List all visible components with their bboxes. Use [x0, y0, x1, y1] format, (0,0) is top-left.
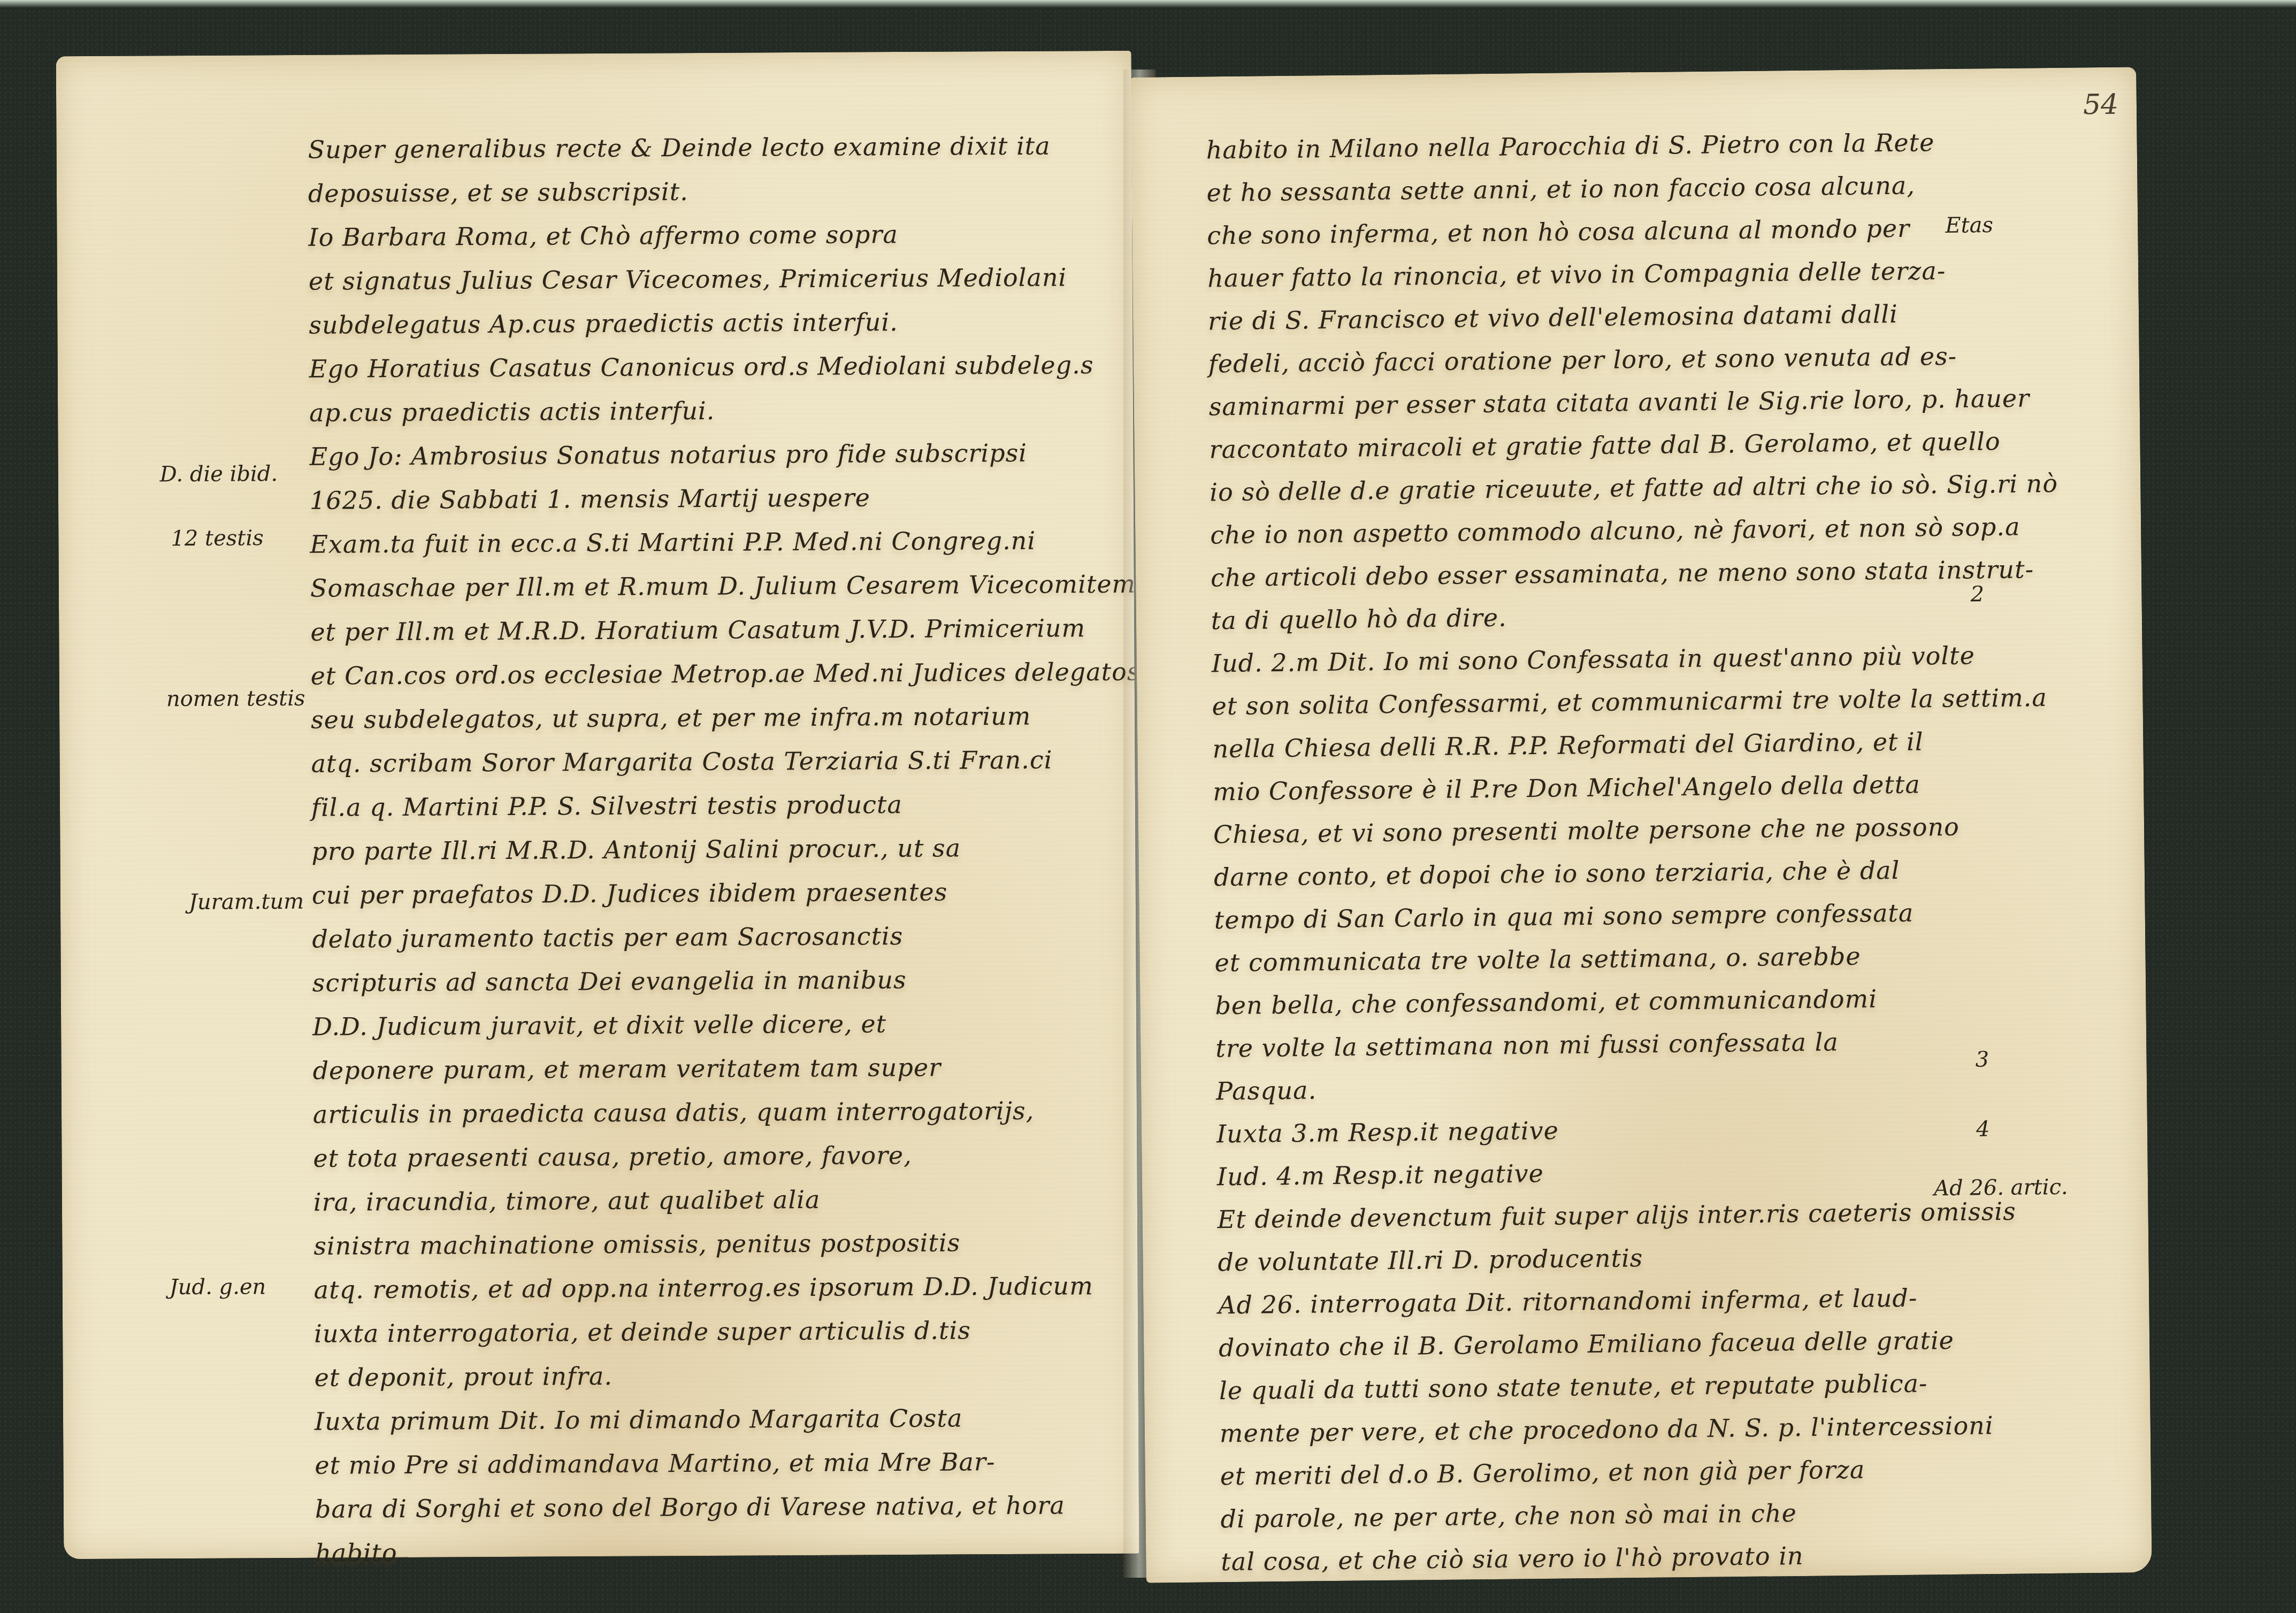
manuscript-line: de voluntate Ill.ri D. producentis — [1218, 1243, 1643, 1277]
manuscript-line: tal cosa, et che ciò sia vero io l'hò pr… — [1221, 1541, 1804, 1576]
manuscript-line: seu subdelegatos, ut supra, et per me in… — [311, 702, 1031, 734]
manuscript-line: Io Barbara Roma, et Chò affermo come sop… — [308, 220, 898, 252]
manuscript-line: cui per praefatos D.D. Judices ibidem pr… — [312, 878, 948, 910]
manuscript-line: Ego Jo: Ambrosius Sonatus notarius pro f… — [309, 439, 1027, 471]
manuscript-line: Iud. 2.m Dit. Io mi sono Confessata in q… — [1212, 641, 1976, 678]
margin-note: Jud. g.en — [170, 1274, 266, 1300]
margin-note: 2 — [1970, 582, 1984, 606]
manuscript-line: habito — [315, 1538, 397, 1568]
manuscript-line: raccontato miracoli et gratie fatte dal … — [1209, 427, 2001, 464]
manuscript-line: et per Ill.m et M.R.D. Horatium Casatum … — [310, 613, 1085, 647]
manuscript-line: ap.cus praedictis actis interfui. — [309, 396, 715, 427]
manuscript-line: deposuisse, et se subscripsit. — [308, 177, 688, 208]
manuscript-line: 1625. die Sabbati 1. mensis Martij uespe… — [310, 483, 870, 514]
manuscript-line: rie di S. Francisco et vivo dell'elemosi… — [1208, 299, 1898, 336]
manuscript-line: ira, iracundia, timore, aut qualibet ali… — [313, 1185, 821, 1217]
manuscript-line: mio Confessore è il P.re Don Michel'Ange… — [1213, 770, 1920, 806]
manuscript-line: et Can.cos ord.os ecclesiae Metrop.ae Me… — [311, 657, 1141, 690]
manuscript-line: Iuxta 3.m Resp.it negative — [1216, 1116, 1559, 1149]
manuscript-line: Super generalibus recte & Deinde lecto e… — [308, 132, 1050, 164]
manuscript-line: Iud. 4.m Resp.it negative — [1217, 1159, 1544, 1191]
manuscript-line: fedeli, acciò facci oratione per loro, e… — [1208, 342, 1957, 379]
manuscript-line: Ad 26. interrogata Dit. ritornandomi inf… — [1218, 1284, 1918, 1320]
manuscript-line: che io non aspetto commodo alcuno, nè fa… — [1210, 512, 2021, 550]
margin-note: 4 — [1976, 1117, 1990, 1141]
margin-note: Ad 26. artic. — [1934, 1175, 2068, 1201]
right-page: 54 habito in Milano nella Parocchia di S… — [1130, 67, 2152, 1583]
manuscript-line: Ego Horatius Casatus Canonicus ord.s Med… — [309, 350, 1094, 383]
manuscript-line: che articoli debo esser essaminata, ne m… — [1211, 555, 2034, 592]
manuscript-line: mente per vere, et che procedono da N. S… — [1220, 1411, 1994, 1448]
manuscript-line: darne conto, et dopoi che io sono terzia… — [1214, 856, 1900, 892]
manuscript-line: Pasqua. — [1216, 1076, 1317, 1105]
manuscript-line: sinistra machinatione omissis, penitus p… — [313, 1228, 960, 1260]
manuscript-line: deponere puram, et meram veritatem tam s… — [312, 1053, 941, 1085]
manuscript-line: et son solita Confessarmi, et communicar… — [1212, 683, 2047, 720]
manuscript-line: io sò delle d.e gratie riceuute, et fatt… — [1210, 469, 2058, 507]
manuscript-line: atq. remotis, et ad opp.na interrog.es i… — [314, 1271, 1093, 1304]
manuscript-line: Et deinde devenctum fuit super alijs int… — [1217, 1197, 2016, 1234]
manuscript-line: ta di quello hò da dire. — [1211, 603, 1507, 635]
manuscript-line: et ho sessanta sette anni, et io non fac… — [1206, 171, 1915, 208]
manuscript-line: tempo di San Carlo in qua mi sono sempre… — [1214, 898, 1914, 935]
manuscript-line: pro parte Ill.ri M.R.D. Antonij Salini p… — [311, 833, 961, 865]
manuscript-line: et tota praesenti causa, pretio, amore, … — [313, 1141, 912, 1173]
manuscript-line: hauer fatto la rinoncia, et vivo in Comp… — [1207, 256, 1946, 293]
manuscript-line: Exam.ta fuit in ecc.a S.ti Martini P.P. … — [310, 526, 1036, 559]
scan-top-strip — [0, 0, 2296, 7]
manuscript-line: tre volte la settimana non mi fussi conf… — [1215, 1027, 1839, 1063]
manuscript-line: Somaschae per Ill.m et R.mum D. Julium C… — [310, 570, 1136, 603]
manuscript-line: fil.a q. Martini P.P. S. Silvestri testi… — [311, 790, 902, 822]
manuscript-line: Iuxta primum Dit. Io mi dimando Margarit… — [315, 1403, 963, 1435]
manuscript-line: bara di Sorghi et sono del Borgo di Vare… — [315, 1491, 1065, 1523]
margin-note: 3 — [1975, 1047, 1989, 1072]
manuscript-line: delato juramento tactis per eam Sacrosan… — [312, 921, 903, 954]
folio-number: 54 — [2083, 89, 2119, 121]
margin-note: Etas — [1945, 213, 1993, 238]
manuscript-line: iuxta interrogatoria, et deinde super ar… — [314, 1316, 971, 1348]
manuscript-line: ben bella, che confessandomi, et communi… — [1215, 984, 1877, 1020]
margin-note: nomen testis — [166, 686, 305, 711]
left-page: Super generalibus recte & Deinde lecto e… — [56, 51, 1139, 1559]
manuscript-line: articulis in praedicta causa datis, quam… — [313, 1096, 1034, 1129]
manuscript-line: et signatus Julius Cesar Vicecomes, Prim… — [309, 263, 1067, 295]
manuscript-line: scripturis ad sancta Dei evangelia in ma… — [312, 965, 907, 997]
manuscript-line: et mio Pre si addimandava Martino, et mi… — [315, 1447, 995, 1480]
manuscript-line: D.D. Judicum juravit, et dixit velle dic… — [312, 1009, 886, 1041]
manuscript-line: dovinato che il B. Gerolamo Emiliano fac… — [1219, 1326, 1954, 1362]
margin-note: D. die ibid. — [160, 462, 278, 487]
margin-note: 12 testis — [171, 526, 264, 551]
manuscript-line: Chiesa, et vi sono presenti molte person… — [1213, 812, 1960, 849]
manuscript-line: et meriti del d.o B. Gerolimo, et non gi… — [1220, 1455, 1865, 1491]
manuscript-line: saminarmi per esser stata citata avanti … — [1208, 383, 2030, 421]
manuscript-line: nella Chiesa delli R.R. P.P. Reformati d… — [1212, 727, 1924, 763]
margin-note: Juram.tum — [189, 889, 304, 915]
manuscript-line: le quali da tutti sono state tenute, et … — [1219, 1369, 1928, 1405]
manuscript-line: habito in Milano nella Parocchia di S. P… — [1206, 128, 1934, 164]
manuscript-line: et communicata tre volte la settimana, o… — [1214, 942, 1861, 978]
manuscript-line: atq. scribam Soror Margarita Costa Terzi… — [311, 746, 1052, 778]
manuscript-line: di parole, ne per arte, che non sò mai i… — [1220, 1499, 1797, 1533]
manuscript-line: et deponit, prout infra. — [314, 1362, 613, 1392]
manuscript-line: che sono inferma, et non hò cosa alcuna … — [1207, 214, 1910, 250]
manuscript-line: subdelegatus Ap.cus praedictis actis int… — [309, 308, 898, 340]
